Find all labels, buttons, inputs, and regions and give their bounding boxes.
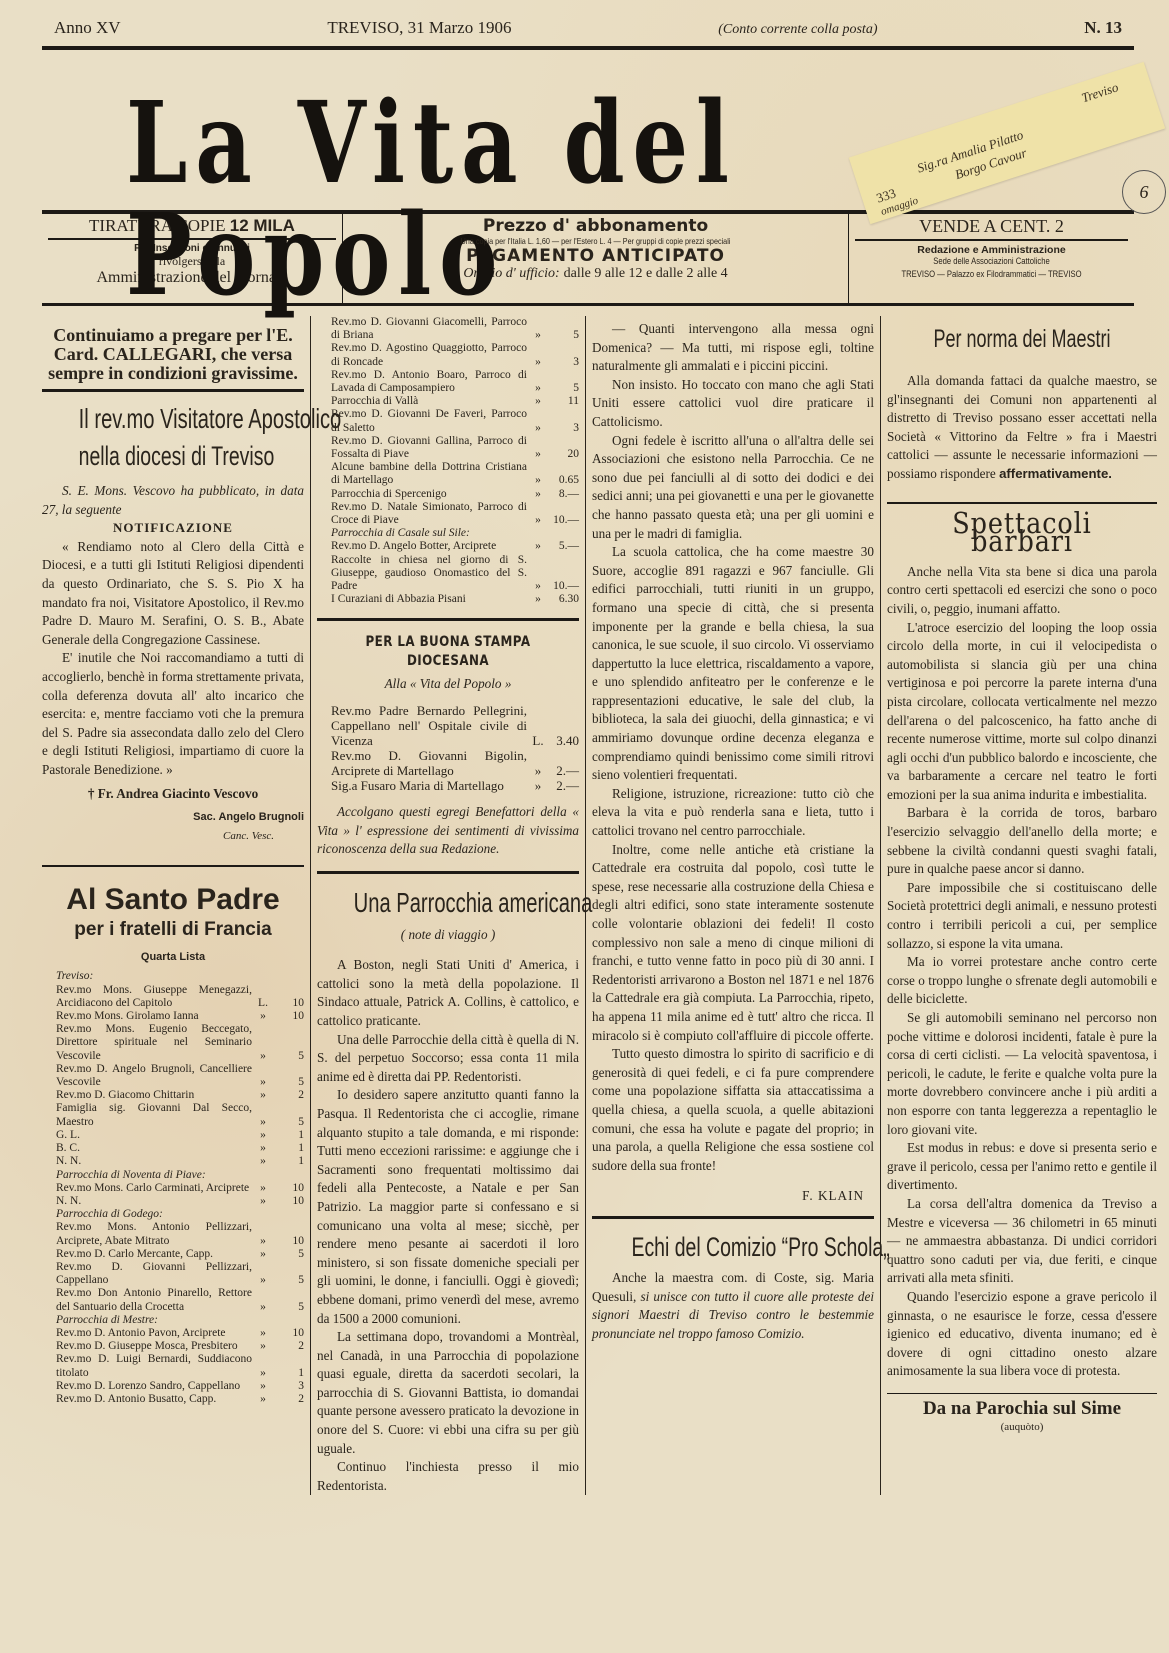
list-item-currency: » bbox=[527, 382, 549, 395]
list-item-text: Rev.mo D. Lorenzo Sandro, Cappellano bbox=[42, 1380, 252, 1393]
list-item-text: Rev.mo D. Natale Simionato, Parroco di C… bbox=[317, 501, 527, 527]
list-item-currency: » bbox=[252, 1142, 274, 1155]
parish-paragraph: Io desidero sapere anzitutto quanti fann… bbox=[317, 1086, 579, 1328]
signature-chancellor: Sac. Angelo Brugnoli bbox=[42, 808, 304, 827]
columns: Continuiamo a pregare per l'E. Card. CAL… bbox=[42, 316, 1134, 1495]
column-1: Continuiamo a pregare per l'E. Card. CAL… bbox=[42, 316, 304, 1495]
list-item-text: Rev.mo D. Luigi Bernardi, Suddiacono tit… bbox=[42, 1353, 252, 1379]
list-item-text: Rev.mo D. Giacomo Chittarin bbox=[42, 1089, 252, 1102]
newspaper-title: La Vita del Popolo bbox=[126, 88, 912, 312]
column-rule bbox=[310, 316, 311, 1495]
list-item-amount: 6.30 bbox=[549, 593, 579, 606]
list-item-text: Rev.mo D. Giovanni Pellizzari, Cappellan… bbox=[42, 1261, 252, 1287]
visitor-subheadline: nella diocesi di Treviso bbox=[79, 440, 268, 472]
parish-paragraph: — Quanti intervengono alla messa ogni Do… bbox=[592, 320, 874, 376]
spectacles-paragraph: Ma io vorrei protestare anche contro cer… bbox=[887, 953, 1157, 1009]
parish-paragraph: Non insisto. Ho toccato con mano che agl… bbox=[592, 376, 874, 432]
list-item-amount: 11 bbox=[549, 395, 579, 408]
signature-title: Canc. Vesc. bbox=[42, 827, 304, 846]
list-item: B. C.»1 bbox=[42, 1142, 304, 1155]
list-item: Rev.mo Mons. Antonio Pellizzari, Arcipre… bbox=[42, 1221, 304, 1247]
pope-subheadline: per i fratelli di Francia bbox=[42, 921, 304, 940]
issue-number: N. 13 bbox=[1084, 18, 1122, 38]
list-item: Rev.mo D. Natale Simionato, Parroco di C… bbox=[317, 501, 579, 527]
column-4: Per norma dei Maestri Alla domanda fatta… bbox=[887, 316, 1157, 1495]
spectacles-paragraph: Quando l'esercizio espone a grave perico… bbox=[887, 1288, 1157, 1381]
dialect-subheadline: (auquòto) bbox=[887, 1418, 1157, 1437]
spectacles-headline: Spettacoli barbari bbox=[903, 514, 1141, 551]
list-item: Rev.mo D. Antonio Busatto, Capp.»2 bbox=[42, 1393, 304, 1406]
list-item-text: Parrocchia di Casale sul Sile: bbox=[317, 527, 579, 540]
list-item-text: Treviso: bbox=[42, 970, 304, 983]
list-item-text: Parrocchia di Mestre: bbox=[42, 1314, 304, 1327]
parish-paragraph: Ogni fedele è iscritto all'una o all'alt… bbox=[592, 432, 874, 544]
list-item-amount: 5 bbox=[274, 1274, 304, 1287]
list-item-amount: 10.— bbox=[549, 580, 579, 593]
list-item-amount: 3 bbox=[549, 356, 579, 369]
list-group-heading: Parrocchia di Godego: bbox=[42, 1208, 304, 1221]
subscription-prices: Una copia per l'Italia L. 1,60 — per l'E… bbox=[386, 236, 805, 246]
list-item: Rev.mo Mons. Eugenio Beccegato, Direttor… bbox=[42, 1023, 304, 1063]
list-item: N. N.»1 bbox=[42, 1155, 304, 1168]
list-item-amount: 5 bbox=[274, 1076, 304, 1089]
prayer-banner: Continuiamo a pregare per l'E. Card. CAL… bbox=[42, 316, 304, 392]
list-item-amount: 10 bbox=[274, 1010, 304, 1023]
list-item-currency: » bbox=[527, 778, 549, 793]
list-item-currency: » bbox=[527, 514, 549, 527]
list-item-amount: 3 bbox=[549, 422, 579, 435]
list-item-currency: » bbox=[527, 580, 549, 593]
list-item-text: Rev.mo D. Antonio Boaro, Parroco di Lava… bbox=[317, 369, 527, 395]
list-item: G. L.»1 bbox=[42, 1129, 304, 1142]
list-item-text: Alcune bambine della Dottrina Cristiana … bbox=[317, 461, 527, 487]
list-item: Parrocchia di Vallà»11 bbox=[317, 395, 579, 408]
list-item-currency: » bbox=[252, 1340, 274, 1353]
list-item-amount: 10 bbox=[274, 997, 304, 1010]
list-group-heading: Parrocchia di Casale sul Sile: bbox=[317, 527, 579, 540]
parish-paragraph: Tutto questo dimostra lo spirito di sacr… bbox=[592, 1045, 874, 1175]
spectacles-paragraph: Pare impossibile che si costituiscano de… bbox=[887, 879, 1157, 953]
list-item-amount: 10 bbox=[274, 1235, 304, 1248]
list-item-currency: » bbox=[252, 1327, 274, 1340]
parish-paragraph: Continuo l'inchiesta presso il mio Reden… bbox=[317, 1458, 579, 1495]
list-item-currency: » bbox=[252, 1076, 274, 1089]
list-item-text: Rev.mo D. Giovanni De Faveri, Parroco di… bbox=[317, 408, 527, 434]
list-item-currency: » bbox=[527, 474, 549, 487]
list-item-currency: » bbox=[252, 1182, 274, 1195]
list-item: Rev.mo D. Carlo Mercante, Capp.»5 bbox=[42, 1248, 304, 1261]
list-item-currency: » bbox=[252, 1393, 274, 1406]
list-item-text: Raccolte in chiesa nel giorno di S. Gius… bbox=[317, 554, 527, 594]
list-item-text: Rev.mo Mons. Eugenio Beccegato, Direttor… bbox=[42, 1023, 252, 1063]
list-item-amount: 5 bbox=[274, 1116, 304, 1129]
top-line: Anno XV TREVISO, 31 Marzo 1906 (Conto co… bbox=[42, 18, 1134, 46]
list-item: Rev.mo D. Angelo Brugnoli, Cancelliere V… bbox=[42, 1063, 304, 1089]
list-item-amount: 2 bbox=[274, 1393, 304, 1406]
list-item-text: Rev.mo D. Agostino Quaggiotto, Parroco d… bbox=[317, 342, 527, 368]
visitor-intro: S. E. Mons. Vescovo ha pubblicato, in da… bbox=[42, 482, 304, 519]
press-thanks: Accolgano questi egregi Benefattori dell… bbox=[317, 803, 579, 859]
list-item: Sig.a Fusaro Maria di Martellago»2.— bbox=[317, 778, 579, 793]
office-seat: Sede delle Associazioni Cattoliche bbox=[875, 256, 1107, 266]
list-item-text: Rev.mo Mons. Antonio Pellizzari, Arcipre… bbox=[42, 1221, 252, 1247]
list-item-text: Famiglia sig. Giovanni Dal Secco, Maestr… bbox=[42, 1102, 252, 1128]
press-subheadline: Alla « Vita del Popolo » bbox=[317, 675, 579, 694]
list-item-text: I Curaziani di Abbazia Pisani bbox=[317, 593, 527, 606]
list-item-currency: » bbox=[252, 1301, 274, 1314]
list-item-amount: 20 bbox=[549, 448, 579, 461]
list-item-currency: » bbox=[252, 1050, 274, 1063]
list-item-amount: 0.65 bbox=[549, 474, 579, 487]
list-item: Famiglia sig. Giovanni Dal Secco, Maestr… bbox=[42, 1102, 304, 1128]
list-item-currency: » bbox=[527, 540, 549, 553]
list-item-amount: 10.— bbox=[549, 514, 579, 527]
donation-list: Treviso:Rev.mo Mons. Giuseppe Menegazzi,… bbox=[42, 970, 304, 1406]
list-item-amount: 2 bbox=[274, 1089, 304, 1102]
dateline: TREVISO, 31 Marzo 1906 bbox=[327, 18, 511, 38]
list-item-text: N. N. bbox=[42, 1155, 252, 1168]
list-item-currency: L. bbox=[527, 733, 549, 748]
list-item-currency: » bbox=[527, 329, 549, 342]
parish-paragraph: Religione, istruzione, ricreazione: tutt… bbox=[592, 785, 874, 841]
list-item-text: Rev.mo Padre Bernardo Pellegrini, Cappel… bbox=[317, 703, 527, 748]
list-item: Rev.mo Padre Bernardo Pellegrini, Cappel… bbox=[317, 703, 579, 748]
list-item-text: N. N. bbox=[42, 1195, 252, 1208]
list-item-amount: 2 bbox=[274, 1340, 304, 1353]
spectacles-paragraph: Barbara è la corrida de toros, barbaro l… bbox=[887, 804, 1157, 878]
divider bbox=[592, 1216, 874, 1219]
list-item: Alcune bambine della Dottrina Cristiana … bbox=[317, 461, 579, 487]
divider bbox=[317, 871, 579, 874]
divider bbox=[887, 502, 1157, 504]
visitor-paragraph: E' inutile che Noi raccomandiamo a tutti… bbox=[42, 649, 304, 779]
spectacles-paragraph: Se gli automobili seminano nel percorso … bbox=[887, 1009, 1157, 1139]
divider bbox=[887, 1393, 1157, 1394]
list-item: Rev.mo D. Giovanni Gallina, Parroco di F… bbox=[317, 435, 579, 461]
column-3: — Quanti intervengono alla messa ogni Do… bbox=[592, 316, 874, 1495]
pro-schola-headline: Echi del Comizio “Pro Schola„ bbox=[631, 1231, 834, 1263]
list-group-heading: Parrocchia di Mestre: bbox=[42, 1314, 304, 1327]
list-group-heading: Parrocchia di Noventa di Piave: bbox=[42, 1169, 304, 1182]
pope-headline: Al Santo Padre bbox=[42, 883, 304, 917]
parish-paragraph: Una delle Parrocchie della città è quell… bbox=[317, 1031, 579, 1087]
list-item-text: Parrocchia di Noventa di Piave: bbox=[42, 1169, 304, 1182]
list-item-text: Rev.mo D. Antonio Pavon, Arciprete bbox=[42, 1327, 252, 1340]
list-item-currency: » bbox=[252, 1274, 274, 1287]
press-donation-list: Rev.mo Padre Bernardo Pellegrini, Cappel… bbox=[317, 703, 579, 793]
column-rule bbox=[880, 316, 881, 1495]
list-item-currency: » bbox=[527, 395, 549, 408]
teachers-headline: Per norma dei Maestri bbox=[925, 324, 1119, 354]
list-item-currency: » bbox=[527, 593, 549, 606]
list-item-currency: » bbox=[527, 422, 549, 435]
spectacles-paragraph: Anche nella Vita sta bene si dica una pa… bbox=[887, 563, 1157, 619]
list-item-amount: 5.— bbox=[549, 540, 579, 553]
postal-note: (Conto corrente colla posta) bbox=[718, 22, 877, 38]
list-item: Rev.mo D. Agostino Quaggiotto, Parroco d… bbox=[317, 342, 579, 368]
list-item-currency: » bbox=[527, 448, 549, 461]
masthead: La Vita del Popolo 333 Sig.ra Amalia Pil… bbox=[42, 50, 1134, 210]
list-item: Rev.mo D. Angelo Botter, Arciprete»5.— bbox=[317, 540, 579, 553]
teachers-paragraph: Alla domanda fattaci da qualche maestro,… bbox=[887, 372, 1157, 484]
list-item: I Curaziani di Abbazia Pisani»6.30 bbox=[317, 593, 579, 606]
spectacles-paragraph: La corsa dell'altra domenica da Treviso … bbox=[887, 1195, 1157, 1288]
list-item-currency: » bbox=[252, 1089, 274, 1102]
list-item-currency: » bbox=[527, 488, 549, 501]
list-item: Rev.mo D. Giacomo Chittarin»2 bbox=[42, 1089, 304, 1102]
list-item-text: Rev.mo Mons. Giuseppe Menegazzi, Arcidia… bbox=[42, 984, 252, 1010]
list-item-currency: » bbox=[252, 1195, 274, 1208]
spectacles-paragraph: Est modus in rebus: e dove si presenta s… bbox=[887, 1139, 1157, 1195]
divider bbox=[317, 618, 579, 621]
label-city: Treviso bbox=[1079, 79, 1120, 106]
list-item-amount: 10 bbox=[274, 1195, 304, 1208]
list-group-heading: Treviso: bbox=[42, 970, 304, 983]
press-headline: PER LA BUONA STAMPA DIOCESANA bbox=[337, 633, 560, 670]
list-item-amount: 8.— bbox=[549, 488, 579, 501]
parish-paragraph: La scuola cattolica, che ha come maestre… bbox=[592, 543, 874, 785]
list-item-text: Parrocchia di Godego: bbox=[42, 1208, 304, 1221]
list-item-text: Rev.mo D. Antonio Busatto, Capp. bbox=[42, 1393, 252, 1406]
list-item-currency: » bbox=[527, 763, 549, 778]
visitor-paragraph: « Rendiamo noto al Clero della Città e D… bbox=[42, 538, 304, 650]
list-item: Raccolte in chiesa nel giorno di S. Gius… bbox=[317, 554, 579, 594]
list-item-text: Rev.mo D. Giuseppe Mosca, Presbitero bbox=[42, 1340, 252, 1353]
list-item: Rev.mo D. Giuseppe Mosca, Presbitero»2 bbox=[42, 1340, 304, 1353]
list-item-amount: 1 bbox=[274, 1155, 304, 1168]
list-item: N. N.»10 bbox=[42, 1195, 304, 1208]
list-item-text: Parrocchia di Spercenigo bbox=[317, 488, 527, 501]
list-item-amount: 1 bbox=[274, 1142, 304, 1155]
list-item-text: G. L. bbox=[42, 1129, 252, 1142]
pro-schola-paragraph: Anche la maestra com. di Coste, sig. Mar… bbox=[592, 1269, 874, 1343]
list-item-amount: 3.40 bbox=[549, 733, 579, 748]
divider bbox=[42, 865, 304, 867]
list-item-amount: 5 bbox=[549, 382, 579, 395]
list-item: Rev.mo Don Antonio Pinarello, Rettore de… bbox=[42, 1287, 304, 1313]
list-item-text: Sig.a Fusaro Maria di Martellago bbox=[317, 778, 527, 793]
list-item-currency: » bbox=[252, 1129, 274, 1142]
list-item-text: Rev.mo Don Antonio Pinarello, Rettore de… bbox=[42, 1287, 252, 1313]
teachers-answer: affermativamente. bbox=[999, 466, 1112, 481]
list-item-text: Rev.mo Mons. Girolamo Ianna bbox=[42, 1010, 252, 1023]
list-item: Rev.mo Mons. Girolamo Ianna»10 bbox=[42, 1010, 304, 1023]
list-item-currency: » bbox=[252, 1116, 274, 1129]
list-item-currency: » bbox=[252, 1235, 274, 1248]
list-item-text: Rev.mo D. Giovanni Bigolin, Arciprete di… bbox=[317, 748, 527, 778]
list-item-amount: 5 bbox=[274, 1050, 304, 1063]
list-item-currency: » bbox=[252, 1155, 274, 1168]
list-item-currency: » bbox=[252, 1248, 274, 1261]
office-address: TREVISO — Palazzo ex Filodrammatici — TR… bbox=[875, 269, 1107, 279]
list-item: Rev.mo D. Antonio Pavon, Arciprete»10 bbox=[42, 1327, 304, 1340]
list-item: Rev.mo Mons. Giuseppe Menegazzi, Arcidia… bbox=[42, 984, 304, 1010]
mailing-label: 333 Sig.ra Amalia Pilatto Borgo Cavour T… bbox=[849, 62, 1165, 224]
list-item-text: Rev.mo Mons. Carlo Carminati, Arciprete bbox=[42, 1182, 252, 1195]
visitor-headline: Il rev.mo Visitatore Apostolico bbox=[79, 402, 268, 436]
list-item: Rev.mo D. Luigi Bernardi, Suddiacono tit… bbox=[42, 1353, 304, 1379]
list-item-amount: 5 bbox=[274, 1301, 304, 1314]
list-title: Quarta Lista bbox=[42, 948, 304, 967]
list-item: Parrocchia di Spercenigo»8.— bbox=[317, 488, 579, 501]
donation-list-continued: Rev.mo D. Giovanni Giacomelli, Parroco d… bbox=[317, 316, 579, 606]
list-item: Rev.mo D. Giovanni Bigolin, Arciprete di… bbox=[317, 748, 579, 778]
teachers-text: Alla domanda fattaci da qualche maestro,… bbox=[887, 373, 1157, 481]
list-item: Rev.mo D. Giovanni Pellizzari, Cappellan… bbox=[42, 1261, 304, 1287]
list-item-currency: L. bbox=[252, 997, 274, 1010]
list-item: Rev.mo Mons. Carlo Carminati, Arciprete»… bbox=[42, 1182, 304, 1195]
list-item-amount: 10 bbox=[274, 1182, 304, 1195]
parish-subheadline: ( note di viaggio ) bbox=[317, 926, 579, 945]
notification-title: NOTIFICAZIONE bbox=[42, 519, 304, 538]
list-item-currency: » bbox=[527, 356, 549, 369]
list-item-amount: 5 bbox=[549, 329, 579, 342]
parish-paragraph: La settimana dopo, trovandomi a Montrèal… bbox=[317, 1328, 579, 1458]
list-item: Rev.mo D. Giovanni De Faveri, Parroco di… bbox=[317, 408, 579, 434]
list-item-amount: 10 bbox=[274, 1327, 304, 1340]
signature-bishop: † Fr. Andrea Giacinto Vescovo bbox=[42, 785, 304, 804]
dialect-headline: Da na Parochia sul Sime bbox=[887, 1400, 1157, 1419]
list-item-currency: » bbox=[252, 1380, 274, 1393]
list-item-text: Parrocchia di Vallà bbox=[317, 395, 527, 408]
list-item-amount: 5 bbox=[274, 1248, 304, 1261]
list-item-text: Rev.mo D. Angelo Botter, Arciprete bbox=[317, 540, 527, 553]
postmark-stamp: 6 bbox=[1122, 170, 1166, 214]
list-item-amount: 1 bbox=[274, 1367, 304, 1380]
list-item-amount: 3 bbox=[274, 1380, 304, 1393]
list-item-text: Rev.mo D. Angelo Brugnoli, Cancelliere V… bbox=[42, 1063, 252, 1089]
article-author: F. KLAIN bbox=[592, 1187, 864, 1206]
list-item: Rev.mo D. Antonio Boaro, Parroco di Lava… bbox=[317, 369, 579, 395]
list-item-amount: 2.— bbox=[549, 763, 579, 778]
list-item-amount: 2.— bbox=[549, 778, 579, 793]
list-item-text: Rev.mo D. Giovanni Gallina, Parroco di F… bbox=[317, 435, 527, 461]
newspaper-page: Anno XV TREVISO, 31 Marzo 1906 (Conto co… bbox=[42, 18, 1134, 1495]
list-item-currency: » bbox=[252, 1010, 274, 1023]
column-2: Rev.mo D. Giovanni Giacomelli, Parroco d… bbox=[317, 316, 579, 1495]
parish-paragraph: A Boston, negli Stati Uniti d' America, … bbox=[317, 956, 579, 1030]
list-item-currency: » bbox=[252, 1367, 274, 1380]
parish-headline: Una Parrocchia americana bbox=[354, 886, 543, 920]
spectacles-paragraph: L'atroce esercizio del looping the loop … bbox=[887, 619, 1157, 805]
parish-paragraph: Inoltre, come nelle antiche età cristian… bbox=[592, 841, 874, 1046]
list-item: Rev.mo D. Lorenzo Sandro, Cappellano»3 bbox=[42, 1380, 304, 1393]
list-item-text: Rev.mo D. Carlo Mercante, Capp. bbox=[42, 1248, 252, 1261]
list-item-amount: 1 bbox=[274, 1129, 304, 1142]
list-item-text: B. C. bbox=[42, 1142, 252, 1155]
volume-label: Anno XV bbox=[54, 18, 121, 38]
